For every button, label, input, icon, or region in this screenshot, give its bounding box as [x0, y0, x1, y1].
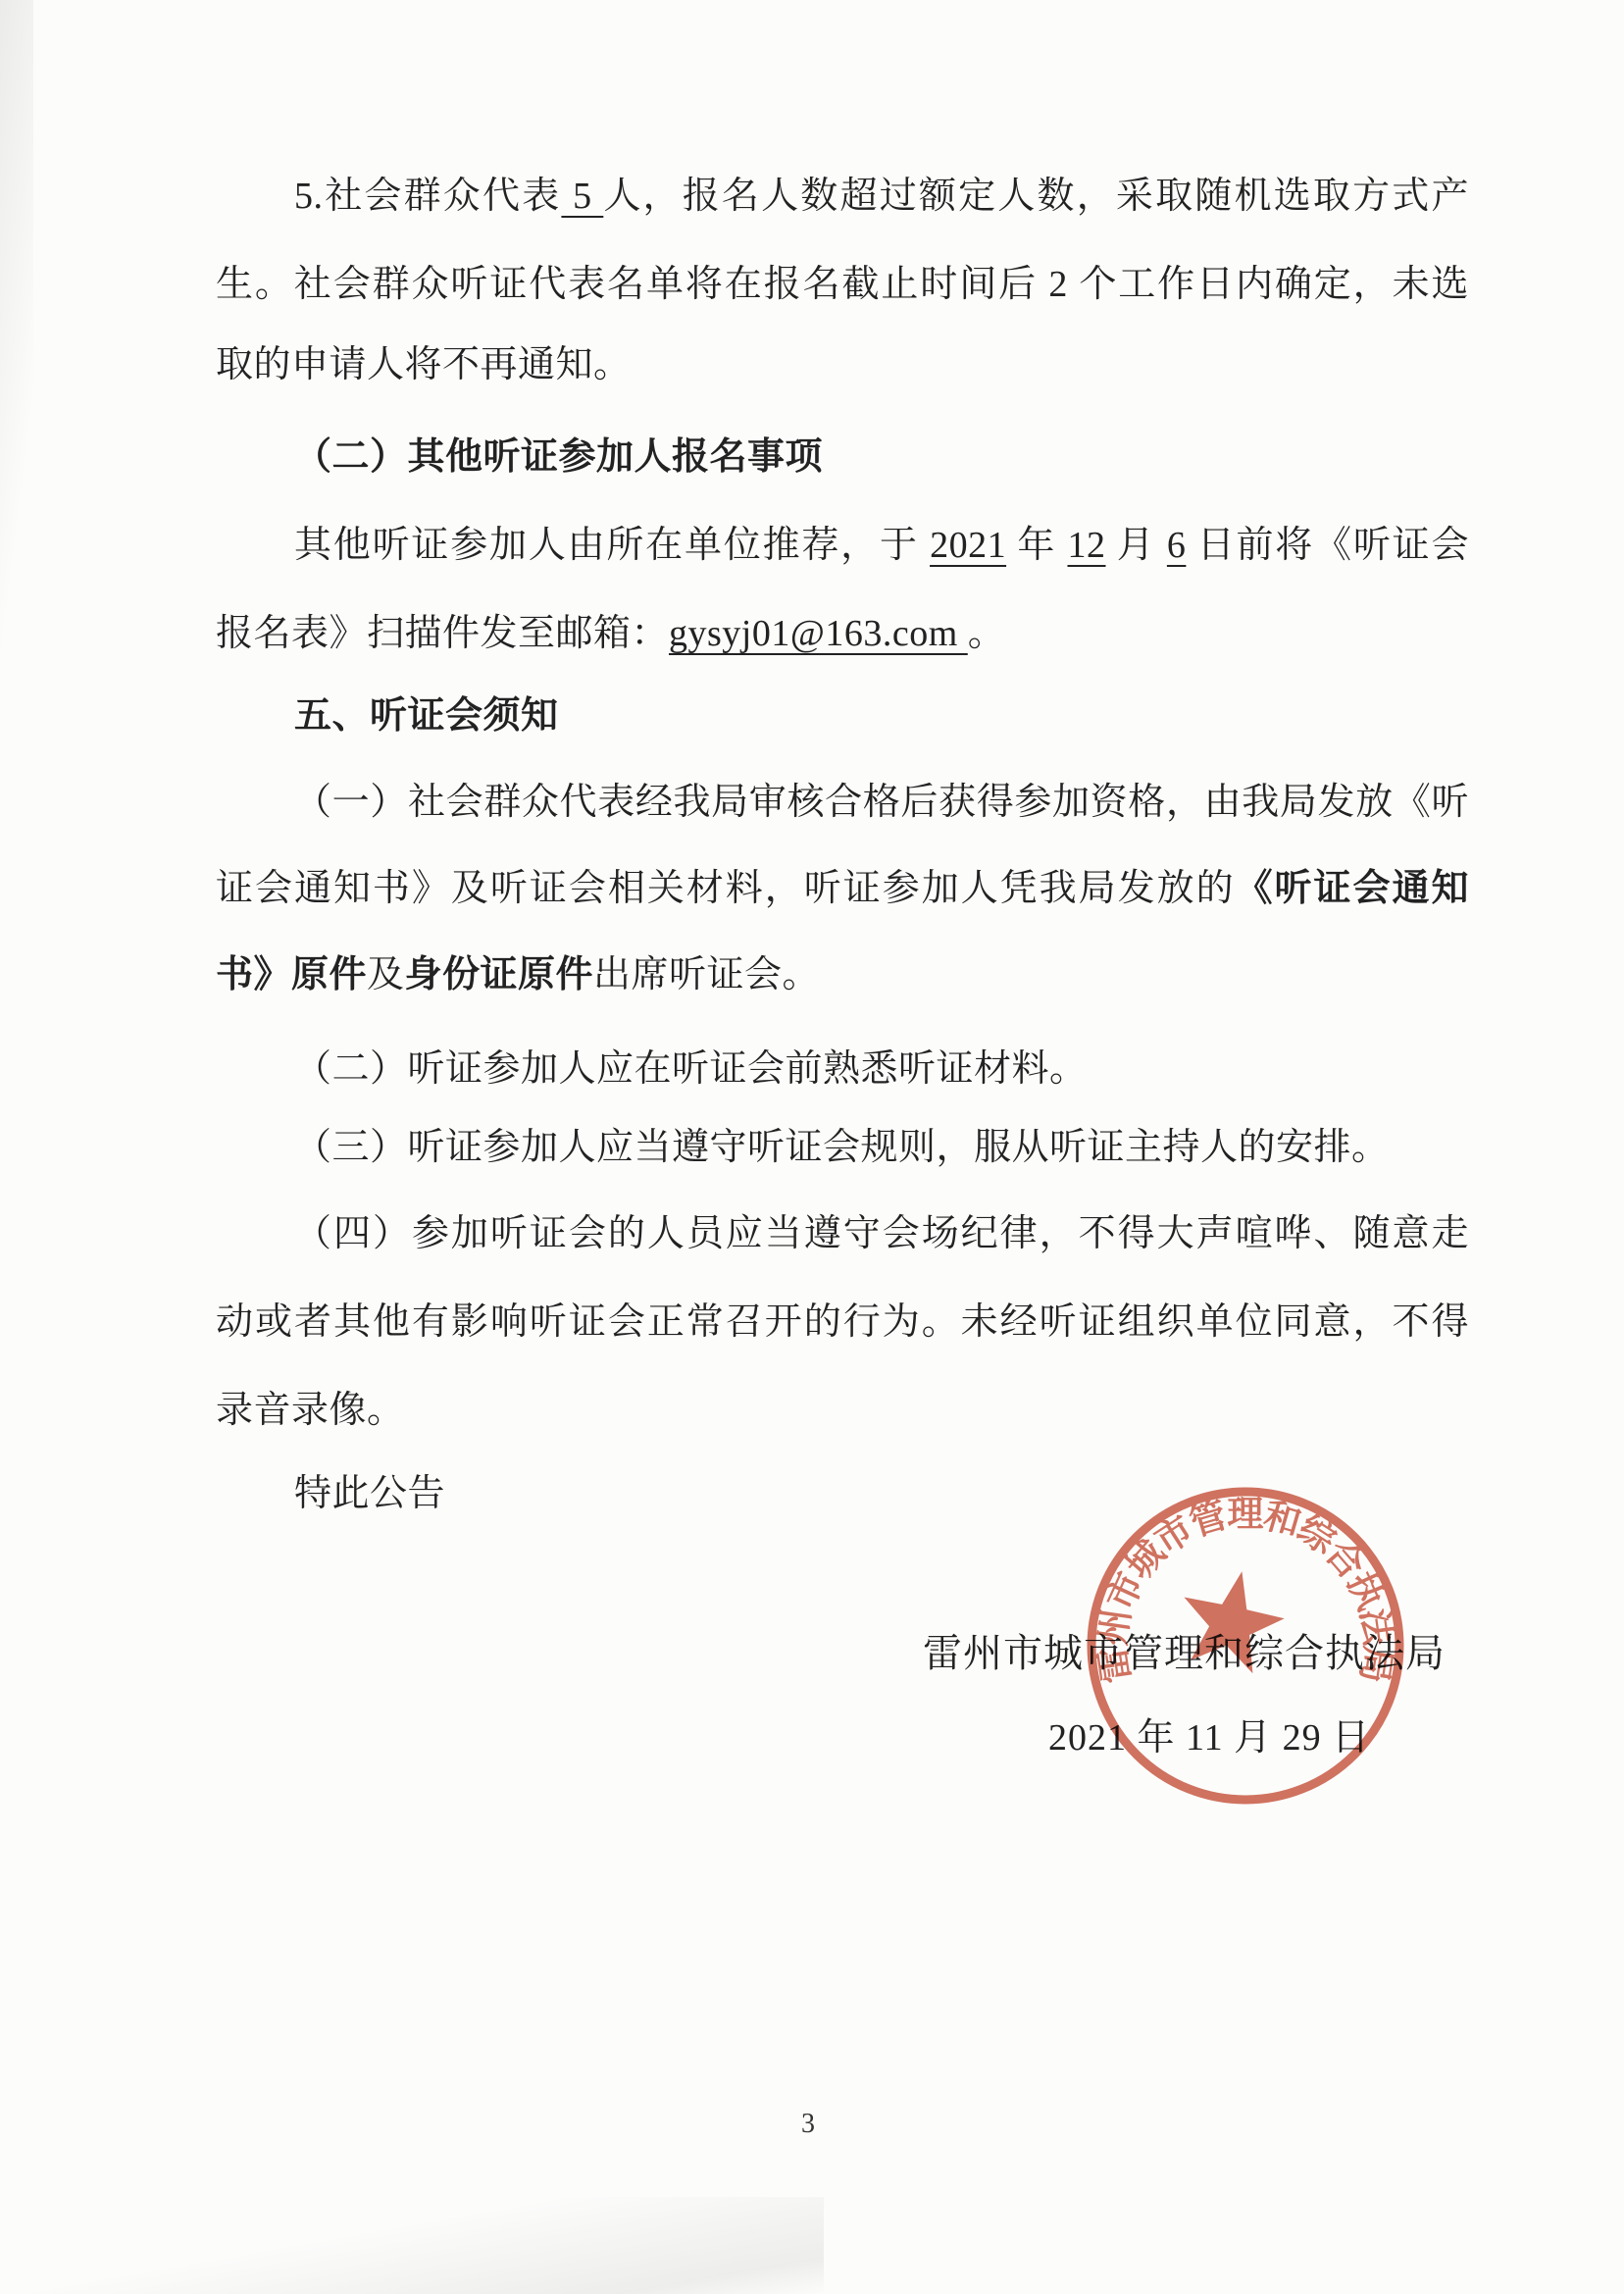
text-run: 5.社会群众代表	[294, 176, 561, 217]
scan-edge-shadow	[0, 0, 33, 961]
text-run: 特此公告	[294, 1473, 445, 1514]
paragraph-line: 书》原件及身份证原件出席听证会。	[216, 945, 1469, 1004]
text-run: 。	[968, 613, 1006, 654]
text-run: 书》原件	[216, 954, 367, 995]
paragraph-line: （一）社会群众代表经我局审核合格后获得参加资格，由我局发放《听	[216, 773, 1469, 832]
text-run: 2021	[930, 525, 1006, 566]
text-run: 6	[1167, 525, 1187, 566]
text-run: 日前将《听证会	[1186, 525, 1469, 566]
text-run: 年	[1006, 525, 1067, 566]
text-run: 12	[1067, 525, 1105, 566]
paragraph-line: （三）听证参加人应当遵守听证会规则，服从听证主持人的安排。	[216, 1118, 1469, 1177]
text-run: 录音录像。	[216, 1390, 405, 1431]
official-seal: 雷州市城市管理和综合执法局	[1059, 1459, 1432, 1832]
text-run: 其他听证参加人由所在单位推荐，于	[294, 525, 930, 566]
paragraph-line: 取的申请人将不再通知。	[216, 335, 1469, 394]
text-run: 五、听证会须知	[294, 695, 559, 737]
text-run: 《听证会通知	[1236, 868, 1469, 909]
text-run: 证会通知书》及听证会相关材料，听证参加人凭我局发放的	[216, 868, 1236, 909]
scan-fold-shadow	[0, 2197, 824, 2294]
section-heading: 五、听证会须知	[216, 687, 1469, 745]
text-run: 人，报名人数超过额定人数，采取随机选取方式产	[603, 176, 1469, 217]
paragraph-line: （二）听证参加人应在听证会前熟悉听证材料。	[216, 1040, 1469, 1098]
text-run: 5	[561, 176, 603, 217]
paragraph-line: 5.社会群众代表 5 人，报名人数超过额定人数，采取随机选取方式产	[216, 167, 1469, 226]
text-run: （二）听证参加人应在听证会前熟悉听证材料。	[294, 1048, 1088, 1090]
paragraph-line: （四）参加听证会的人员应当遵守会场纪律，不得大声喧哗、随意走	[216, 1204, 1469, 1263]
text-run: 出席听证会。	[593, 954, 820, 995]
text-run: 身份证原件	[405, 954, 594, 995]
paragraph-line: 生。社会群众听证代表名单将在报名截止时间后 2 个工作日内确定，未选	[216, 255, 1469, 314]
page-number: 3	[777, 2109, 839, 2140]
text-run: 报名表》扫描件发至邮箱：	[216, 613, 669, 654]
text-run: 取的申请人将不再通知。	[216, 344, 632, 385]
paragraph-line: 报名表》扫描件发至邮箱：gysyj01@163.com 。	[216, 604, 1469, 663]
paragraph-line: 其他听证参加人由所在单位推荐，于 2021 年 12 月 6 日前将《听证会	[216, 516, 1469, 575]
paragraph-line: 证会通知书》及听证会相关材料，听证参加人凭我局发放的《听证会通知	[216, 859, 1469, 918]
text-run: （四）参加听证会的人员应当遵守会场纪律，不得大声喧哗、随意走	[294, 1213, 1469, 1254]
text-run: 生。社会群众听证代表名单将在报名截止时间后 2 个工作日内确定，未选	[216, 264, 1469, 305]
text-run: （二）其他听证参加人报名事项	[294, 436, 823, 478]
paragraph-line: 录音录像。	[216, 1381, 1469, 1440]
seal-star-icon	[1184, 1571, 1284, 1673]
text-run: （一）社会群众代表经我局审核合格后获得参加资格，由我局发放《听	[294, 782, 1469, 823]
text-run: （三）听证参加人应当遵守听证会规则，服从听证主持人的安排。	[294, 1127, 1390, 1168]
document-page: 5.社会群众代表 5 人，报名人数超过额定人数，采取随机选取方式产 生。社会群众…	[0, 0, 1624, 2294]
paragraph-line: 动或者其他有影响听证会正常召开的行为。未经听证组织单位同意，不得	[216, 1293, 1469, 1351]
text-run: 月	[1105, 525, 1166, 566]
text-run: 及	[367, 954, 405, 995]
text-run: gysyj01@163.com	[669, 613, 968, 654]
text-run: 动或者其他有影响听证会正常召开的行为。未经听证组织单位同意，不得	[216, 1301, 1469, 1343]
section-heading: （二）其他听证参加人报名事项	[216, 428, 1469, 486]
